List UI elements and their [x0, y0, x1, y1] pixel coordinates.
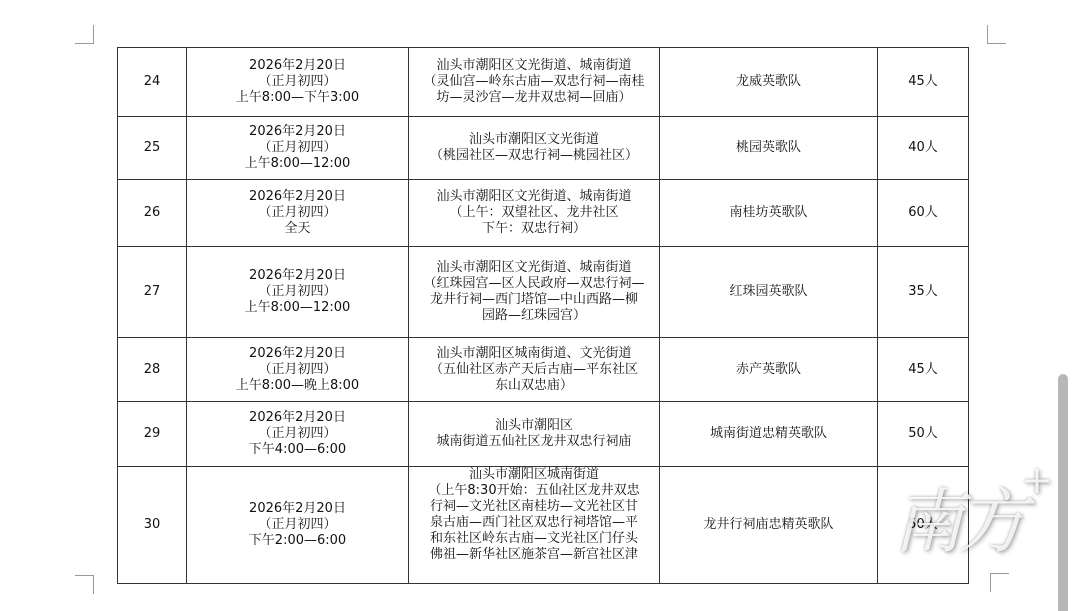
- time-cell: 2026年2月20日 （正月初四） 全天: [187, 180, 409, 247]
- location-cell: 汕头市潮阳区文光街道、城南街道 （灵仙宫—岭东古庙—双忠行祠—南桂 坊—灵沙宫—…: [409, 48, 660, 117]
- page-corner-mark-bottom-left: [75, 575, 94, 594]
- count-cell: 50人: [878, 402, 969, 467]
- table-row: 28 2026年2月20日 （正月初四） 上午8:00—晚上8:00 汕头市潮阳…: [118, 338, 969, 402]
- row-number: 28: [118, 338, 187, 402]
- row-number: 29: [118, 402, 187, 467]
- page-corner-mark-top-right: [987, 25, 1006, 44]
- vertical-scrollbar-thumb[interactable]: [1058, 374, 1068, 611]
- page-corner-mark-top-left: [75, 25, 94, 44]
- count-cell: 45人: [878, 48, 969, 117]
- count-cell: 45人: [878, 338, 969, 402]
- team-cell: 桃园英歌队: [660, 117, 878, 180]
- row-number: 26: [118, 180, 187, 247]
- location-cell: 汕头市潮阳区文光街道、城南街道 （上午：双望社区、龙井社区 下午：双忠行祠）: [409, 180, 660, 247]
- time-cell: 2026年2月20日 （正月初四） 上午8:00—下午3:00: [187, 48, 409, 117]
- count-cell: 60人: [878, 180, 969, 247]
- location-cell: 汕头市潮阳区城南街道 （上午8:30开始：五仙社区龙井双忠 行祠—文光社区南桂坊…: [409, 467, 660, 584]
- team-cell: 城南街道忠精英歌队: [660, 402, 878, 467]
- team-cell: 龙威英歌队: [660, 48, 878, 117]
- count-cell: 35人: [878, 247, 969, 338]
- time-cell: 2026年2月20日 （正月初四） 上午8:00—12:00: [187, 247, 409, 338]
- location-cell: 汕头市潮阳区 城南街道五仙社区龙井双忠行祠庙: [409, 402, 660, 467]
- table-row: 27 2026年2月20日 （正月初四） 上午8:00—12:00 汕头市潮阳区…: [118, 247, 969, 338]
- time-cell: 2026年2月20日 （正月初四） 下午2:00—6:00: [187, 467, 409, 584]
- table-row: 30 2026年2月20日 （正月初四） 下午2:00—6:00 汕头市潮阳区城…: [118, 467, 969, 584]
- table-row: 24 2026年2月20日 （正月初四） 上午8:00—下午3:00 汕头市潮阳…: [118, 48, 969, 117]
- time-cell: 2026年2月20日 （正月初四） 上午8:00—12:00: [187, 117, 409, 180]
- team-cell: 龙井行祠庙忠精英歌队: [660, 467, 878, 584]
- row-number: 27: [118, 247, 187, 338]
- team-cell: 赤产英歌队: [660, 338, 878, 402]
- row-number: 24: [118, 48, 187, 117]
- schedule-table: 24 2026年2月20日 （正月初四） 上午8:00—下午3:00 汕头市潮阳…: [117, 47, 969, 584]
- location-cell: 汕头市潮阳区文光街道、城南街道 （红珠园宫—区人民政府—双忠行祠— 龙井行祠—西…: [409, 247, 660, 338]
- table-row: 29 2026年2月20日 （正月初四） 下午4:00—6:00 汕头市潮阳区 …: [118, 402, 969, 467]
- row-number: 25: [118, 117, 187, 180]
- time-cell: 2026年2月20日 （正月初四） 下午4:00—6:00: [187, 402, 409, 467]
- table-row: 26 2026年2月20日 （正月初四） 全天 汕头市潮阳区文光街道、城南街道 …: [118, 180, 969, 247]
- time-cell: 2026年2月20日 （正月初四） 上午8:00—晚上8:00: [187, 338, 409, 402]
- watermark-plus: +: [1021, 458, 1047, 502]
- count-cell: 50人: [878, 467, 969, 584]
- team-cell: 红珠园英歌队: [660, 247, 878, 338]
- team-cell: 南桂坊英歌队: [660, 180, 878, 247]
- count-cell: 40人: [878, 117, 969, 180]
- location-cell: 汕头市潮阳区文光街道 （桃园社区—双忠行祠—桃园社区）: [409, 117, 660, 180]
- row-number: 30: [118, 467, 187, 584]
- location-cell: 汕头市潮阳区城南街道、文光街道 （五仙社区赤产天后古庙—平东社区 东山双忠庙）: [409, 338, 660, 402]
- table-row: 25 2026年2月20日 （正月初四） 上午8:00—12:00 汕头市潮阳区…: [118, 117, 969, 180]
- page-corner-mark-bottom-right: [990, 573, 1009, 592]
